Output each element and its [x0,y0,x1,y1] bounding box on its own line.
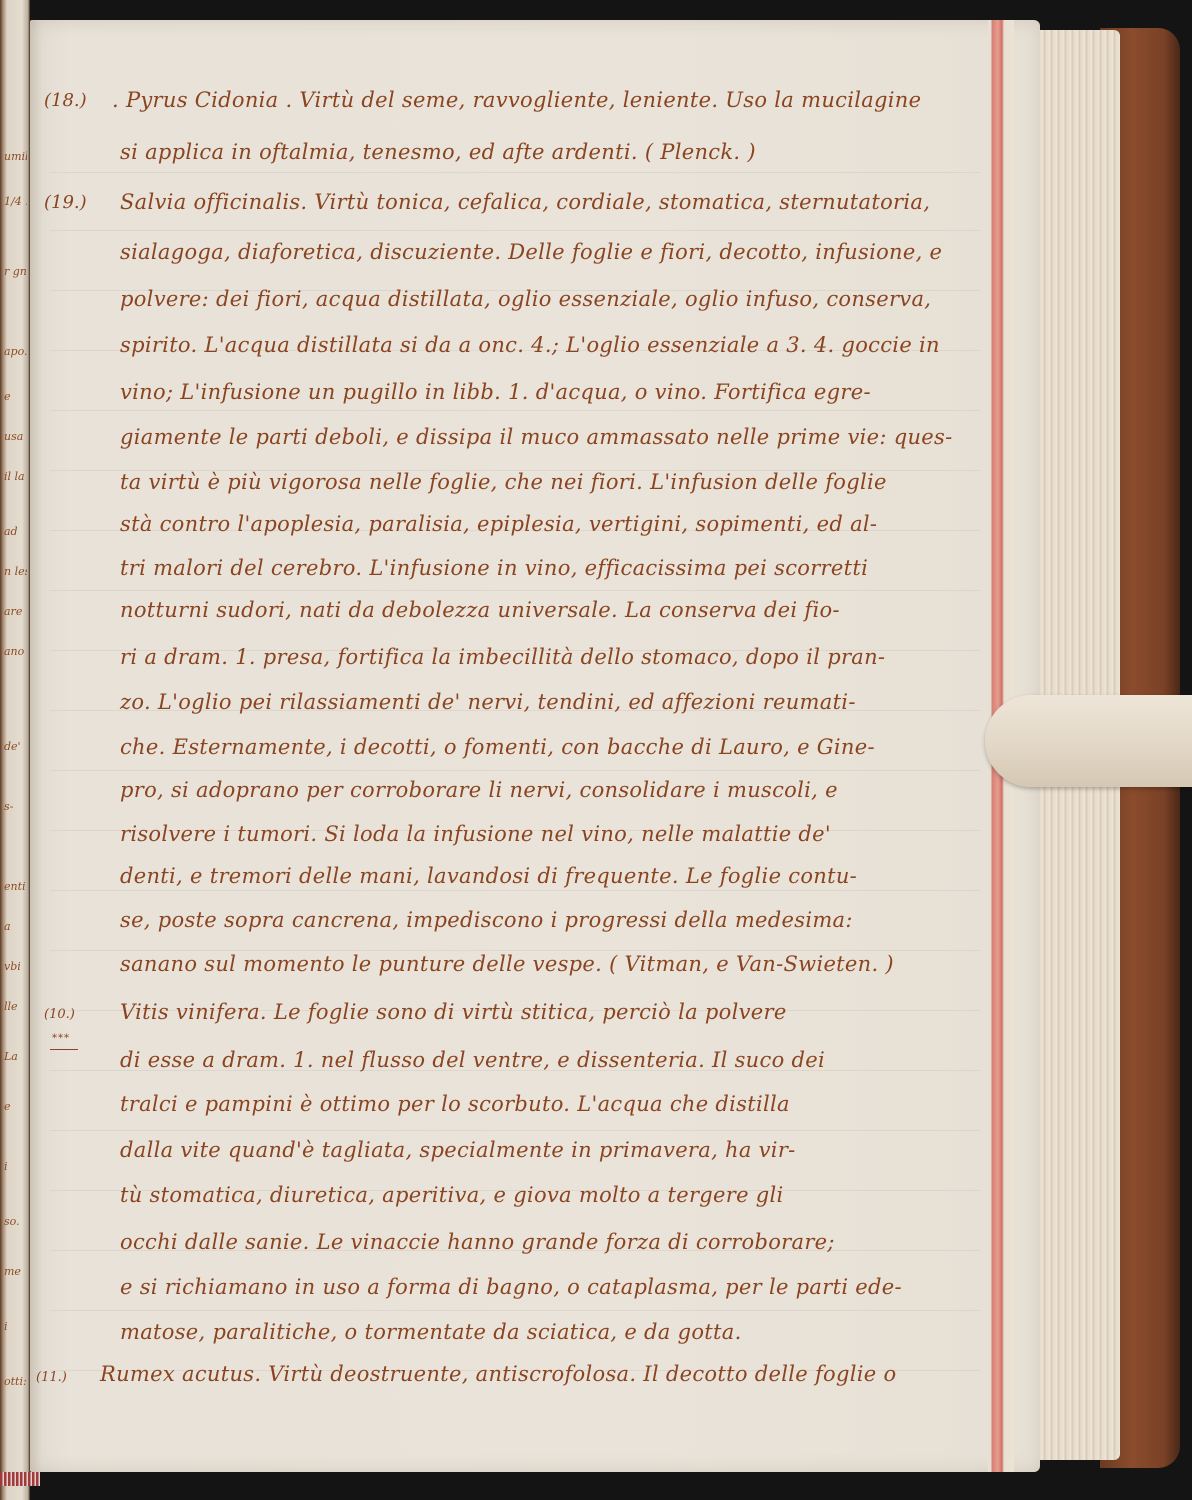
entry-number: (19.) [44,192,87,213]
margin-fragment: ad [4,525,18,538]
text-line: se, poste sopra cancrena, impediscono i … [120,908,853,932]
text-line: tù stomatica, diuretica, aperitiva, e gi… [120,1183,784,1207]
margin-fragment: otti: [4,1375,27,1388]
margin-fragment: vbi [4,960,21,973]
margin-fragment: a [4,920,11,933]
text-line: polvere: dei fiori, acqua distillata, og… [120,287,931,311]
margin-fragment: e [4,1100,11,1113]
text-line: pro, si adoprano per corroborare li nerv… [120,778,838,802]
text-line: matose, paralitiche, o tormentate da sci… [120,1320,742,1344]
asterisks-note: *** [52,1033,70,1044]
margin-fragment: 1/4 ..a [4,195,27,208]
text-line: ta virtù è più vigorosa nelle foglie, ch… [120,470,887,494]
margin-fragment: ano [4,645,24,658]
text-line: spirito. L'acqua distillata si da a onc.… [120,333,940,357]
text-line: ri a dram. 1. presa, fortifica la imbeci… [120,645,885,669]
margin-fragment: La [4,1050,18,1063]
text-line: Salvia officinalis. Virtù tonica, cefali… [120,190,930,214]
text-line: si applica in oftalmia, tenesmo, ed afte… [120,140,756,164]
text-line: sanano sul momento le punture delle vesp… [120,952,894,976]
margin-fragment: e [4,390,11,403]
margin-fragment: usa [4,430,23,443]
text-line: zo. L'oglio pei rilassiamenti de' nervi,… [120,690,856,714]
bone-page-holder [985,695,1192,787]
margin-fragment: lle [4,1000,18,1013]
margin-fragment: umil. [4,150,27,163]
entry-number: (18.) [44,90,87,111]
text-line: tri malori del cerebro. L'infusione in v… [120,556,868,580]
facing-page: umil. 1/4 ..a r gn. apo. e usa il la ad … [0,0,30,1500]
margin-fragment: are [4,605,22,618]
entry-number: (10.) [44,1007,75,1022]
text-line: dalla vite quand'è tagliata, specialment… [120,1138,796,1162]
text-line: di esse a dram. 1. nel flusso del ventre… [120,1048,825,1072]
text-line: giamente le parti deboli, e dissipa il m… [120,425,953,449]
text-line: sialagoga, diaforetica, discuziente. Del… [120,240,942,264]
margin-fragment: apo. [4,345,27,358]
margin-fragment: s- [4,800,13,813]
text-line: stà contro l'apoplesia, paralisia, epipl… [120,512,877,536]
facing-page-margin: umil. 1/4 ..a r gn. apo. e usa il la ad … [0,0,27,1500]
margin-fragment: r gn. [4,265,27,278]
text-line: . Pyrus Cidonia . Virtù del seme, ravvog… [112,88,921,112]
note-underline [50,1049,78,1050]
text-line: denti, e tremori delle mani, lavandosi d… [120,864,857,888]
margin-fragment: enti [4,880,26,893]
text-line: vino; L'infusione un pugillo in libb. 1.… [120,380,871,404]
text-line: e si richiamano in uso a forma di bagno,… [120,1275,902,1299]
margin-fragment: me [4,1265,21,1278]
entry-number: (11.) [36,1370,67,1385]
text-line: Vitis vinifera. Le foglie sono di virtù … [120,1000,787,1024]
margin-fragment: i [4,1320,8,1333]
margin-fragment: so. [4,1215,20,1228]
binding-cloth [0,1472,40,1486]
text-line: occhi dalle sanie. Le vinaccie hanno gra… [120,1230,835,1254]
margin-fragment: n les [4,565,27,578]
margin-fragment: i [4,1160,8,1173]
text-line: Rumex acutus. Virtù deostruente, antiscr… [100,1362,896,1386]
text-line: tralci e pampini è ottimo per lo scorbut… [120,1092,790,1116]
text-line: notturni sudori, nati da debolezza unive… [120,598,840,622]
text-line: risolvere i tumori. Si loda la infusione… [120,822,831,846]
text-line: che. Esternamente, i decotti, o fomenti,… [120,735,875,759]
margin-fragment: de' [4,740,21,753]
margin-fragment: il la [4,470,25,483]
